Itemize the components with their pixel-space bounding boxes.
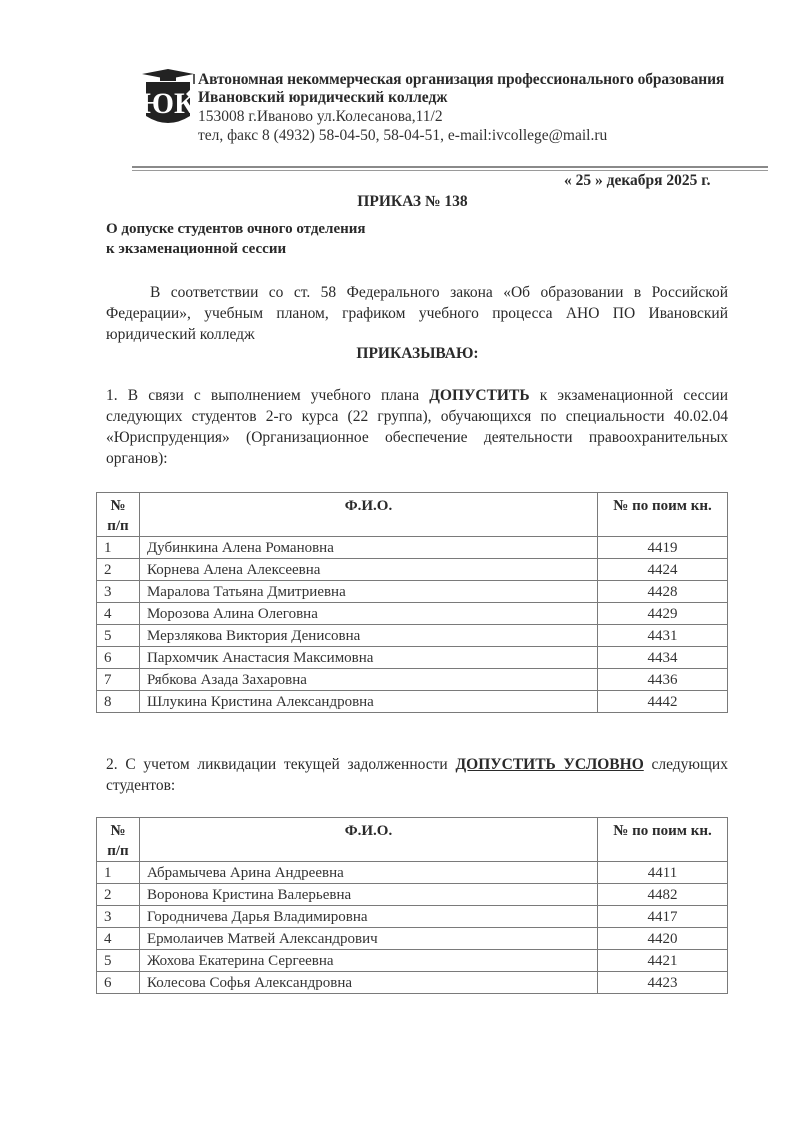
record-book-number: 4482	[598, 884, 728, 906]
row-number: 2	[97, 884, 140, 906]
record-book-number: 4423	[598, 972, 728, 994]
table-row: 4Ермолаичев Матвей Александрович4420	[97, 928, 728, 950]
section1-paragraph: 1. В связи с выполнением учебного плана …	[106, 385, 728, 469]
student-name: Маралова Татьяна Дмитриевна	[139, 581, 597, 603]
record-book-number: 4429	[598, 603, 728, 625]
header-book: № по поим кн.	[598, 818, 728, 862]
student-name: Шлукина Кристина Александровна	[139, 691, 597, 713]
order-subject: О допуске студентов очного отделения к э…	[106, 219, 366, 259]
student-name: Пархомчик Анастасия Максимовна	[139, 647, 597, 669]
table-row: 3Городничева Дарья Владимировна4417	[97, 906, 728, 928]
header-name: Ф.И.О.	[139, 493, 597, 537]
table-row: 7Рябкова Азада Захаровна4436	[97, 669, 728, 691]
student-name: Ермолаичев Матвей Александрович	[139, 928, 597, 950]
student-name: Жохова Екатерина Сергеевна	[139, 950, 597, 972]
order-title: ПРИКАЗ № 138	[0, 193, 795, 211]
record-book-number: 4417	[598, 906, 728, 928]
table-row: 2Корнева Алена Алексеевна4424	[97, 559, 728, 581]
table-row: 1Дубинкина Алена Романовна4419	[97, 537, 728, 559]
org-name-line2: Ивановский юридический колледж	[198, 89, 448, 107]
record-book-number: 4442	[598, 691, 728, 713]
row-number: 3	[97, 906, 140, 928]
record-book-number: 4428	[598, 581, 728, 603]
table-row: 3Маралова Татьяна Дмитриевна4428	[97, 581, 728, 603]
letterhead-divider	[132, 166, 768, 171]
record-book-number: 4420	[598, 928, 728, 950]
row-number: 3	[97, 581, 140, 603]
student-name: Мерзлякова Виктория Денисовна	[139, 625, 597, 647]
student-name: Колесова Софья Александровна	[139, 972, 597, 994]
header-num: №п/п	[97, 493, 140, 537]
table-row: 5Жохова Екатерина Сергеевна4421	[97, 950, 728, 972]
table-row: 6Колесова Софья Александровна4423	[97, 972, 728, 994]
org-address: 153008 г.Иваново ул.Колесанова,11/2	[198, 108, 443, 126]
section2-paragraph: 2. С учетом ликвидации текущей задолженн…	[106, 754, 728, 796]
record-book-number: 4411	[598, 862, 728, 884]
student-name: Морозова Алина Олеговна	[139, 603, 597, 625]
subject-line1: О допуске студентов очного отделения	[106, 219, 366, 239]
record-book-number: 4436	[598, 669, 728, 691]
subject-line2: к экзаменационной сессии	[106, 239, 366, 259]
header-num: №п/п	[97, 818, 140, 862]
table-row: 6Пархомчик Анастасия Максимовна4434	[97, 647, 728, 669]
row-number: 6	[97, 972, 140, 994]
row-number: 5	[97, 950, 140, 972]
header-name: Ф.И.О.	[139, 818, 597, 862]
row-number: 4	[97, 603, 140, 625]
order-directive: ПРИКАЗЫВАЮ:	[0, 345, 795, 363]
order-date: « 25 » декабря 2025 г.	[564, 172, 710, 190]
student-name: Рябкова Азада Захаровна	[139, 669, 597, 691]
record-book-number: 4419	[598, 537, 728, 559]
row-number: 7	[97, 669, 140, 691]
student-name: Корнева Алена Алексеевна	[139, 559, 597, 581]
record-book-number: 4424	[598, 559, 728, 581]
table-row: 2Воронова Кристина Валерьевна4482	[97, 884, 728, 906]
student-name: Городничева Дарья Владимировна	[139, 906, 597, 928]
row-number: 4	[97, 928, 140, 950]
record-book-number: 4434	[598, 647, 728, 669]
row-number: 6	[97, 647, 140, 669]
admitted-students-table: №п/п Ф.И.О. № по поим кн. 1Дубинкина Але…	[96, 492, 728, 713]
svg-text:ЮК: ЮК	[140, 87, 196, 120]
table-header-row: №п/п Ф.И.О. № по поим кн.	[97, 493, 728, 537]
row-number: 1	[97, 537, 140, 559]
header-book: № по поим кн.	[598, 493, 728, 537]
org-contacts: тел, факс 8 (4932) 58-04-50, 58-04-51, e…	[198, 127, 607, 145]
row-number: 1	[97, 862, 140, 884]
college-crest-icon: ЮК	[138, 66, 198, 128]
record-book-number: 4431	[598, 625, 728, 647]
section1-emphasis: ДОПУСТИТЬ	[429, 387, 529, 404]
row-number: 2	[97, 559, 140, 581]
student-name: Дубинкина Алена Романовна	[139, 537, 597, 559]
conditionally-admitted-table: №п/п Ф.И.О. № по поим кн. 1Абрамычева Ар…	[96, 817, 728, 994]
table-row: 1Абрамычева Арина Андреевна4411	[97, 862, 728, 884]
table-row: 8Шлукина Кристина Александровна4442	[97, 691, 728, 713]
row-number: 5	[97, 625, 140, 647]
section2-emphasis: ДОПУСТИТЬ УСЛОВНО	[455, 756, 643, 773]
org-name-line1: Автономная некоммерческая организация пр…	[198, 71, 724, 89]
row-number: 8	[97, 691, 140, 713]
record-book-number: 4421	[598, 950, 728, 972]
student-name: Воронова Кристина Валерьевна	[139, 884, 597, 906]
table-row: 4Морозова Алина Олеговна4429	[97, 603, 728, 625]
student-name: Абрамычева Арина Андреевна	[139, 862, 597, 884]
table-row: 5Мерзлякова Виктория Денисовна4431	[97, 625, 728, 647]
intro-paragraph: В соответствии со ст. 58 Федерального за…	[106, 282, 728, 345]
table-header-row: №п/п Ф.И.О. № по поим кн.	[97, 818, 728, 862]
